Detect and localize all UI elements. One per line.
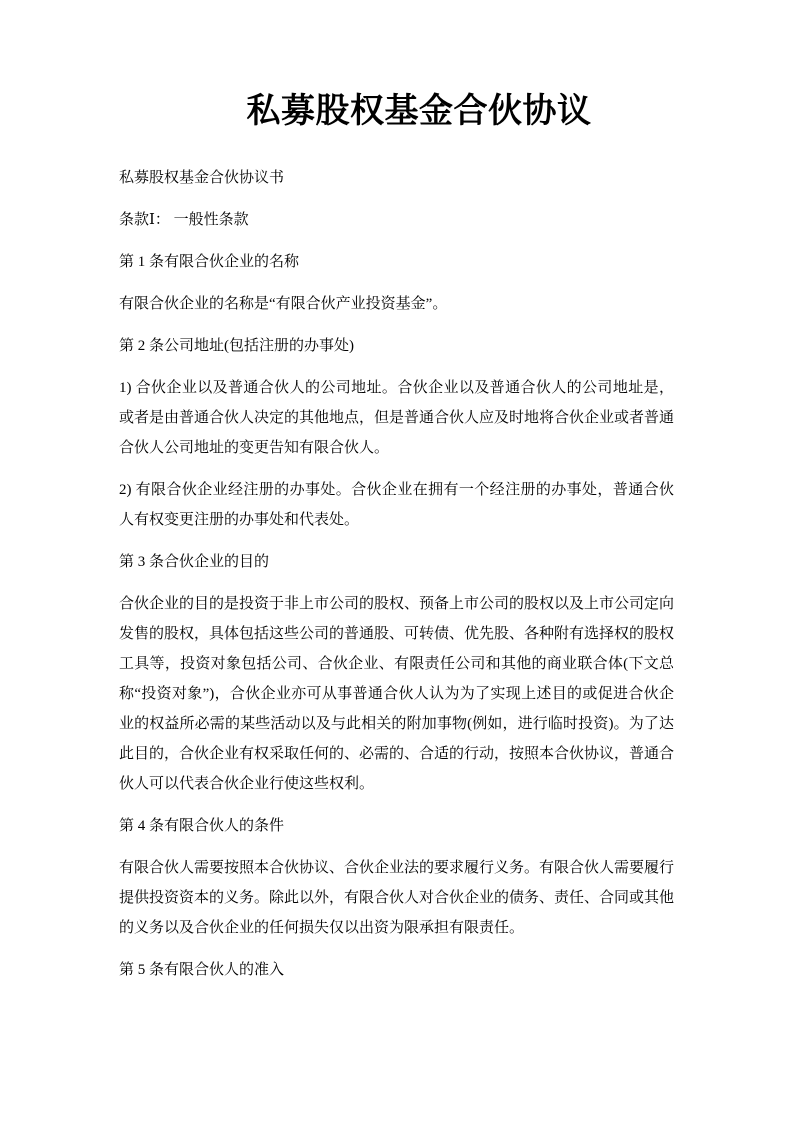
heading-article-1-partnership-name: 第 1 条有限合伙企业的名称 — [119, 247, 674, 277]
document-page: 私募股权基金合伙协议 私募股权基金合伙协议书 条款Ⅰ： 一般性条款 第 1 条有… — [0, 0, 793, 1122]
body-article-2-item-2-registered-office: 2) 有限合伙企业经注册的办事处。合伙企业在拥有一个经注册的办事处，普通合伙人有… — [119, 475, 674, 535]
heading-article-5-lp-admission: 第 5 条有限合伙人的准入 — [119, 955, 674, 985]
document-title: 私募股权基金合伙协议 — [119, 90, 674, 134]
body-article-3-partnership-purpose: 合伙企业的目的是投资于非上市公司的股权、预备上市公司的股权以及上市公司定向发售的… — [119, 589, 674, 799]
heading-article-3-partnership-purpose: 第 3 条合伙企业的目的 — [119, 547, 674, 577]
body-article-2-item-1-company-address: 1) 合伙企业以及普通合伙人的公司地址。合伙企业以及普通合伙人的公司地址是，或者… — [119, 373, 674, 463]
body-article-4-lp-conditions: 有限合伙人需要按照本合伙协议、合伙企业法的要求履行义务。有限合伙人需要履行提供投… — [119, 853, 674, 943]
heading-terms-section-1-general: 条款Ⅰ： 一般性条款 — [119, 205, 674, 235]
heading-article-4-lp-conditions: 第 4 条有限合伙人的条件 — [119, 811, 674, 841]
body-article-1-partnership-name: 有限合伙企业的名称是“有限合伙产业投资基金”。 — [119, 289, 674, 319]
document-body: 私募股权基金合伙协议书 条款Ⅰ： 一般性条款 第 1 条有限合伙企业的名称 有限… — [119, 163, 674, 985]
heading-article-2-company-address: 第 2 条公司地址(包括注册的办事处) — [119, 331, 674, 361]
paragraph-agreement-subtitle: 私募股权基金合伙协议书 — [119, 163, 674, 193]
